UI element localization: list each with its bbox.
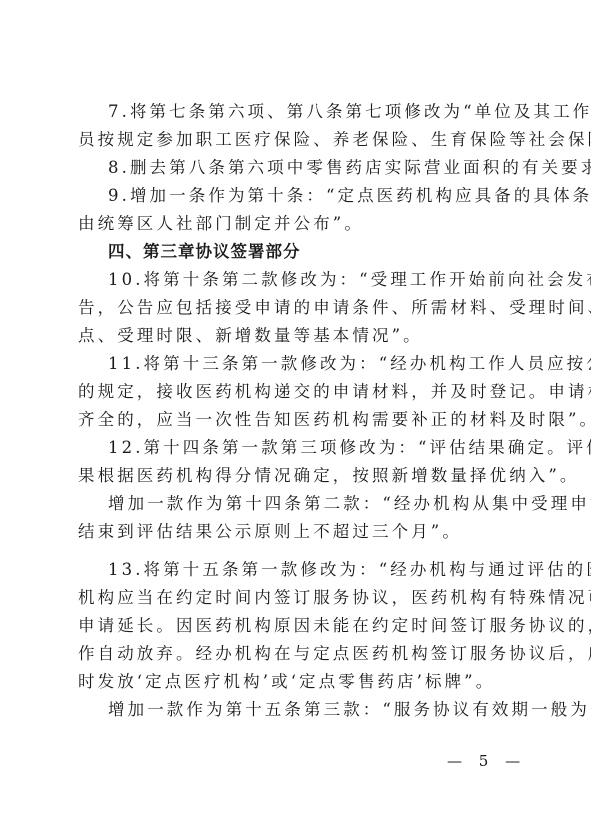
paragraph-line: 增加一款作为第十四条第二款：“经办机构从集中受理申请 [108,490,591,518]
paragraph-line: 11.将第十三条第一款修改为：“经办机构工作人员应按公告 [108,350,591,378]
paragraph-line: 员按规定参加职工医疗保险、养老保险、生育保险等社会保险”。 [78,126,591,154]
paragraph-line: 申请延长。因医药机构原因未能在约定时间签订服务协议的，视 [78,612,591,640]
section-heading: 四、第三章协议签署部分 [108,238,301,266]
paragraph-line: 由统筹区人社部门制定并公布”。 [78,210,364,238]
paragraph-line: 10.将第十条第二款修改为：“受理工作开始前向社会发布公 [108,266,591,294]
paragraph-line: 告，公告应包括接受申请的申请条件、所需材料、受理时间、受理地 [78,294,591,322]
paragraph-line: 作自动放弃。经办机构在与定点医药机构签订服务协议后，应及 [78,640,591,668]
paragraph-line: 13.将第十五条第一款修改为：“经办机构与通过评估的医药 [108,556,591,584]
paragraph-line: 机构应当在约定时间内签订服务协议，医药机构有特殊情况可以 [78,584,591,612]
paragraph-line: 8.删去第八条第六项中零售药店实际营业面积的有关要求。 [108,154,591,182]
paragraph-line: 结束到评估结果公示原则上不超过三个月”。 [78,518,462,546]
paragraph-line: 12.第十四条第一款第三项修改为：“评估结果确定。评估结 [108,434,591,462]
page-number: — 5 — [447,752,526,770]
paragraph-line: 7.将第七条第六项、第八条第七项修改为“单位及其工作人 [108,98,591,126]
paragraph-line: 果根据医药机构得分情况确定，按照新增数量择优纳入”。 [78,462,580,490]
paragraph-line: 齐全的，应当一次性告知医药机构需要补正的材料及时限”。 [78,406,591,434]
paragraph-line: 的规定，接收医药机构递交的申请材料，并及时登记。申请材料不 [78,378,591,406]
paragraph-line: 时发放‘定点医疗机构’或‘定点零售药店’标牌”。 [78,668,495,696]
paragraph-line: 增加一款作为第十五条第三款：“服务协议有效期一般为一 [108,696,591,724]
paragraph-line: 点、受理时限、新增数量等基本情况”。 [78,322,423,350]
paragraph-line: 9.增加一条作为第十条：“定点医药机构应具备的具体条件 [108,182,591,210]
